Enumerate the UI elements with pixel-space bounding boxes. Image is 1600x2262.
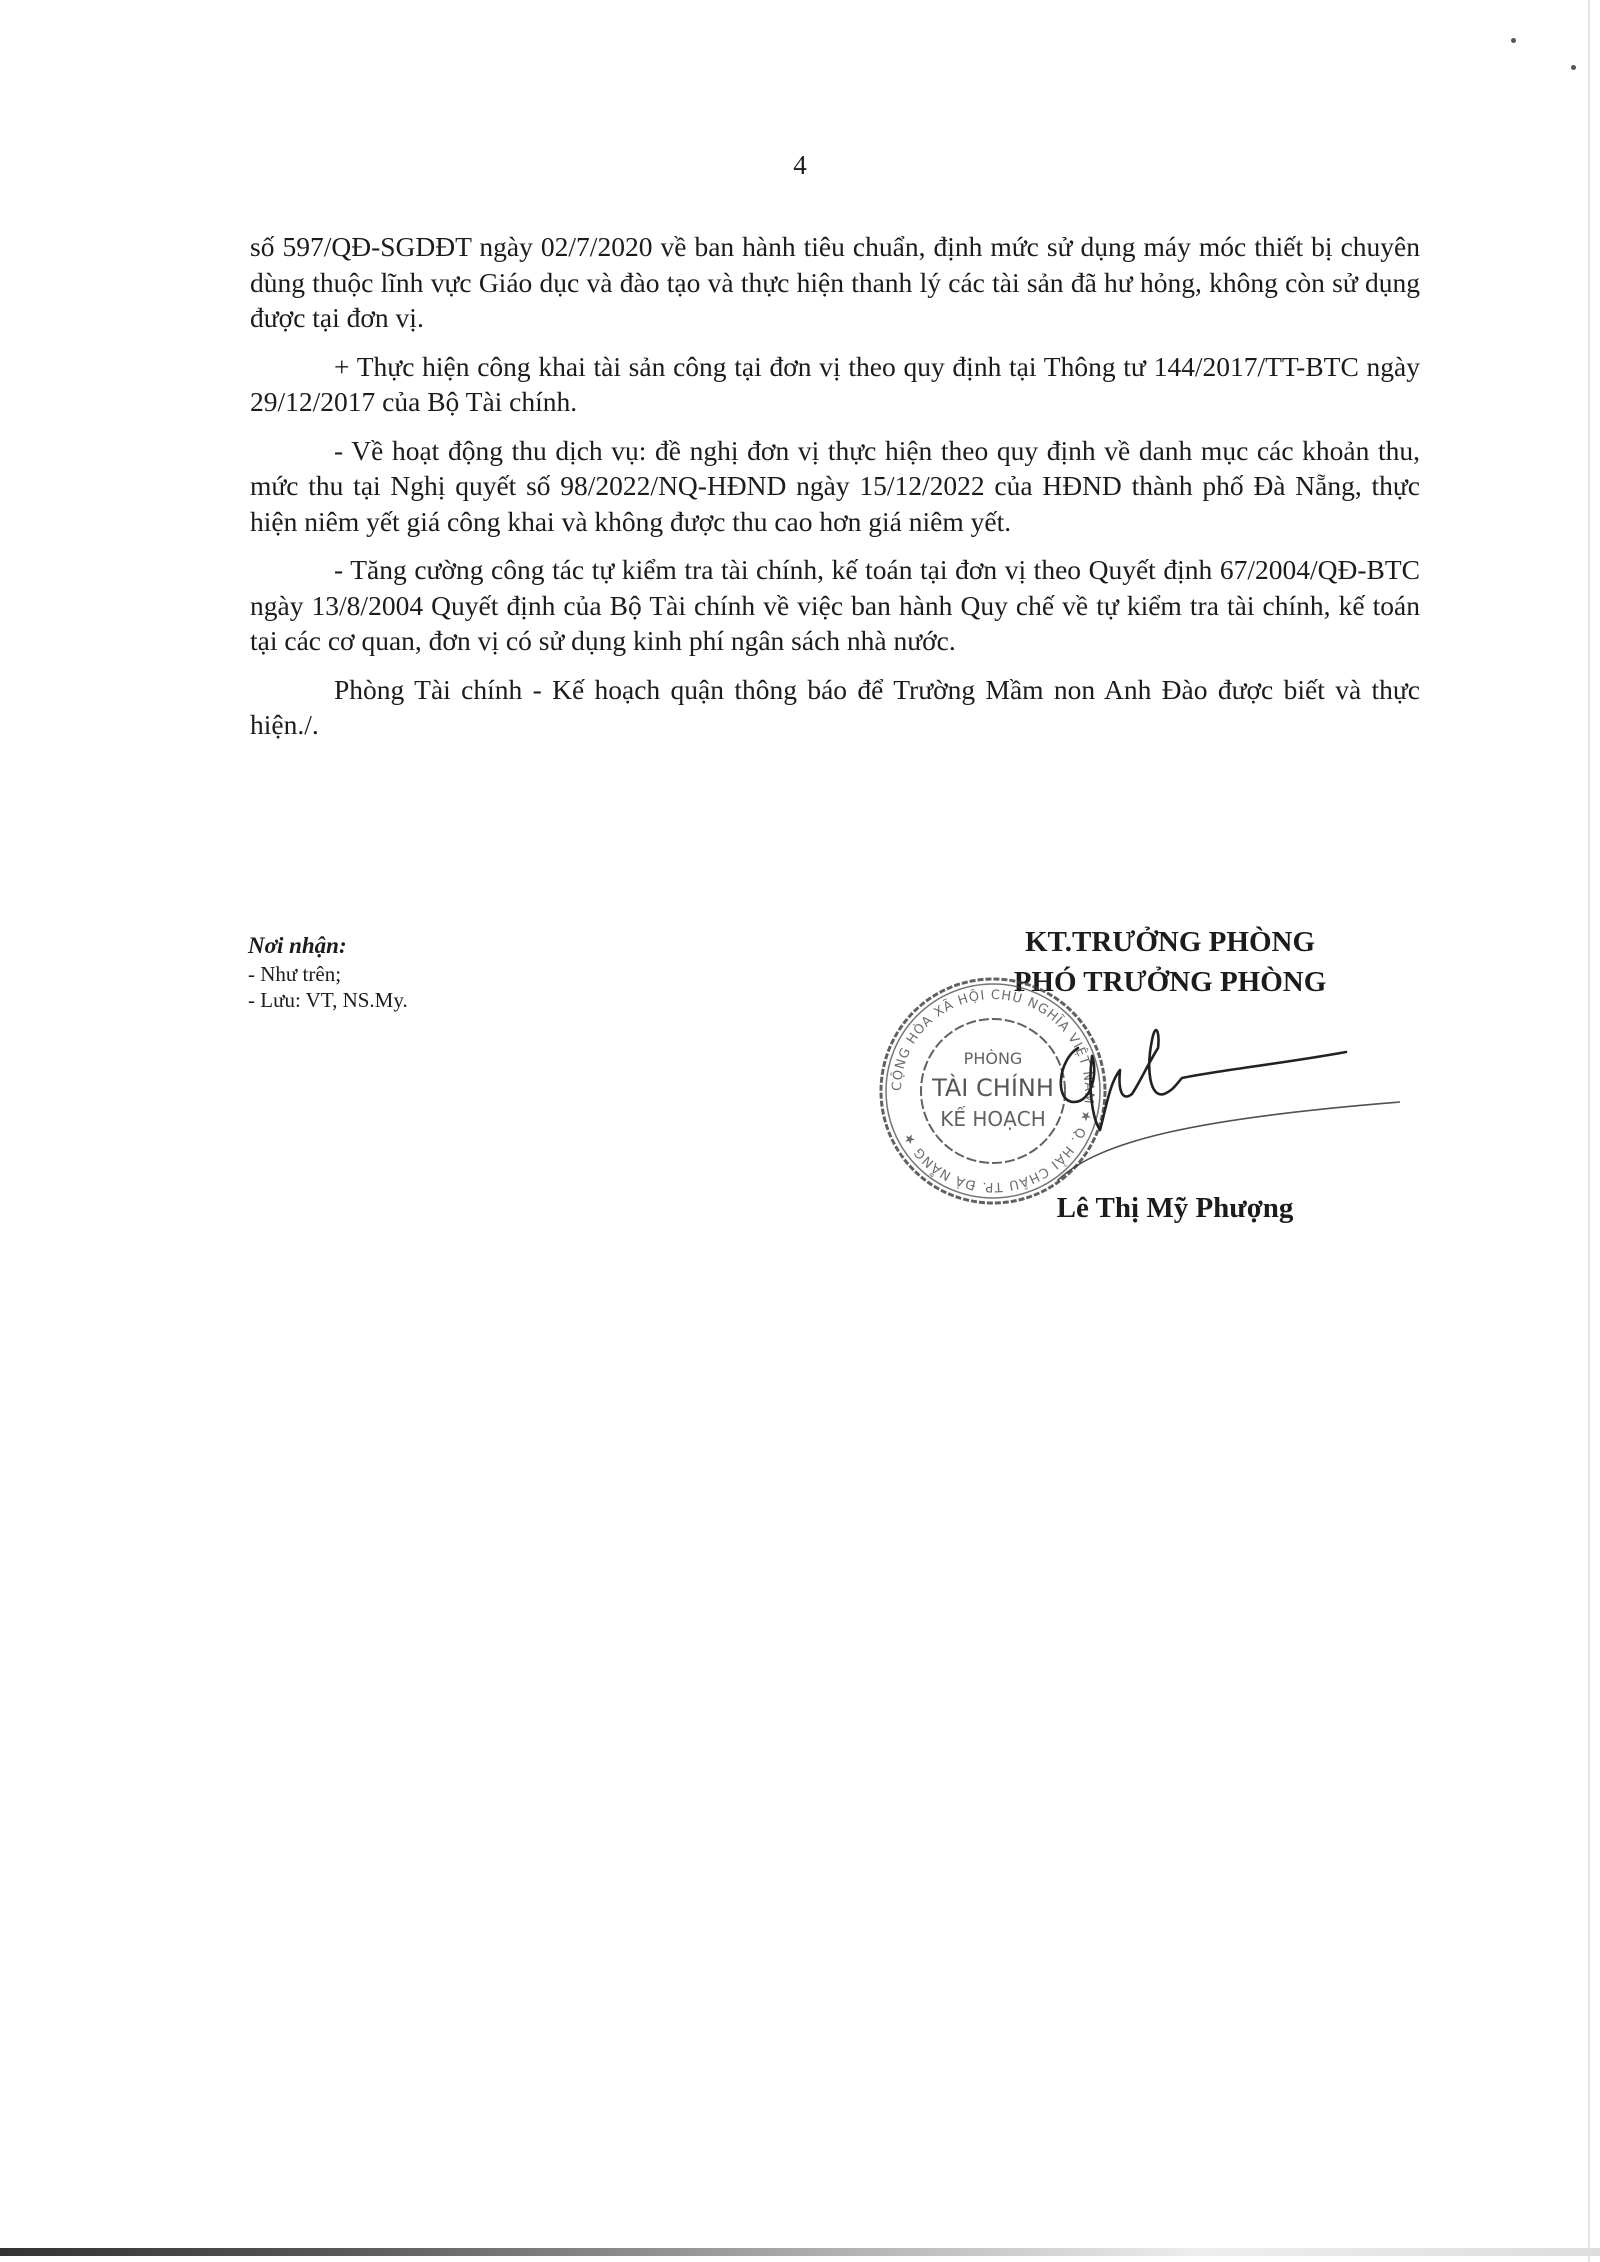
recipients-block: Nơi nhận: - Như trên; - Lưu: VT, NS.My.	[248, 933, 408, 1013]
stamp-line-1: PHÒNG	[964, 1049, 1023, 1068]
paragraph-service-fees: - Về hoạt động thu dịch vụ: đề nghị đơn …	[250, 433, 1420, 540]
document-body: số 597/QĐ-SGDĐT ngày 02/7/2020 về ban hà…	[250, 229, 1420, 756]
scan-speck	[1571, 65, 1576, 70]
scan-edge-right	[1588, 0, 1590, 2262]
scan-edge-bottom	[0, 2248, 1600, 2256]
recipient-item: - Như trên;	[248, 961, 408, 987]
handwritten-signature-icon	[1040, 990, 1400, 1190]
signer-name: Lê Thị Mỹ Phượng	[1010, 1192, 1340, 1225]
recipients-heading: Nơi nhận:	[248, 933, 408, 959]
recipient-item: - Lưu: VT, NS.My.	[248, 987, 408, 1013]
scan-speck	[1511, 38, 1516, 43]
page-number: 4	[0, 150, 1600, 181]
paragraph-self-audit: - Tăng cường công tác tự kiểm tra tài ch…	[250, 552, 1420, 659]
stamp-line-3: KẾ HOẠCH	[940, 1106, 1046, 1131]
paragraph-continuation: số 597/QĐ-SGDĐT ngày 02/7/2020 về ban hà…	[250, 229, 1420, 336]
paragraph-public-assets: + Thực hiện công khai tài sản công tại đ…	[250, 349, 1420, 420]
paragraph-closing: Phòng Tài chính - Kế hoạch quận thông bá…	[250, 672, 1420, 743]
stamp-line-2: TÀI CHÍNH	[931, 1073, 1054, 1102]
signer-title-primary: KT.TRƯỞNG PHÒNG	[940, 922, 1400, 962]
